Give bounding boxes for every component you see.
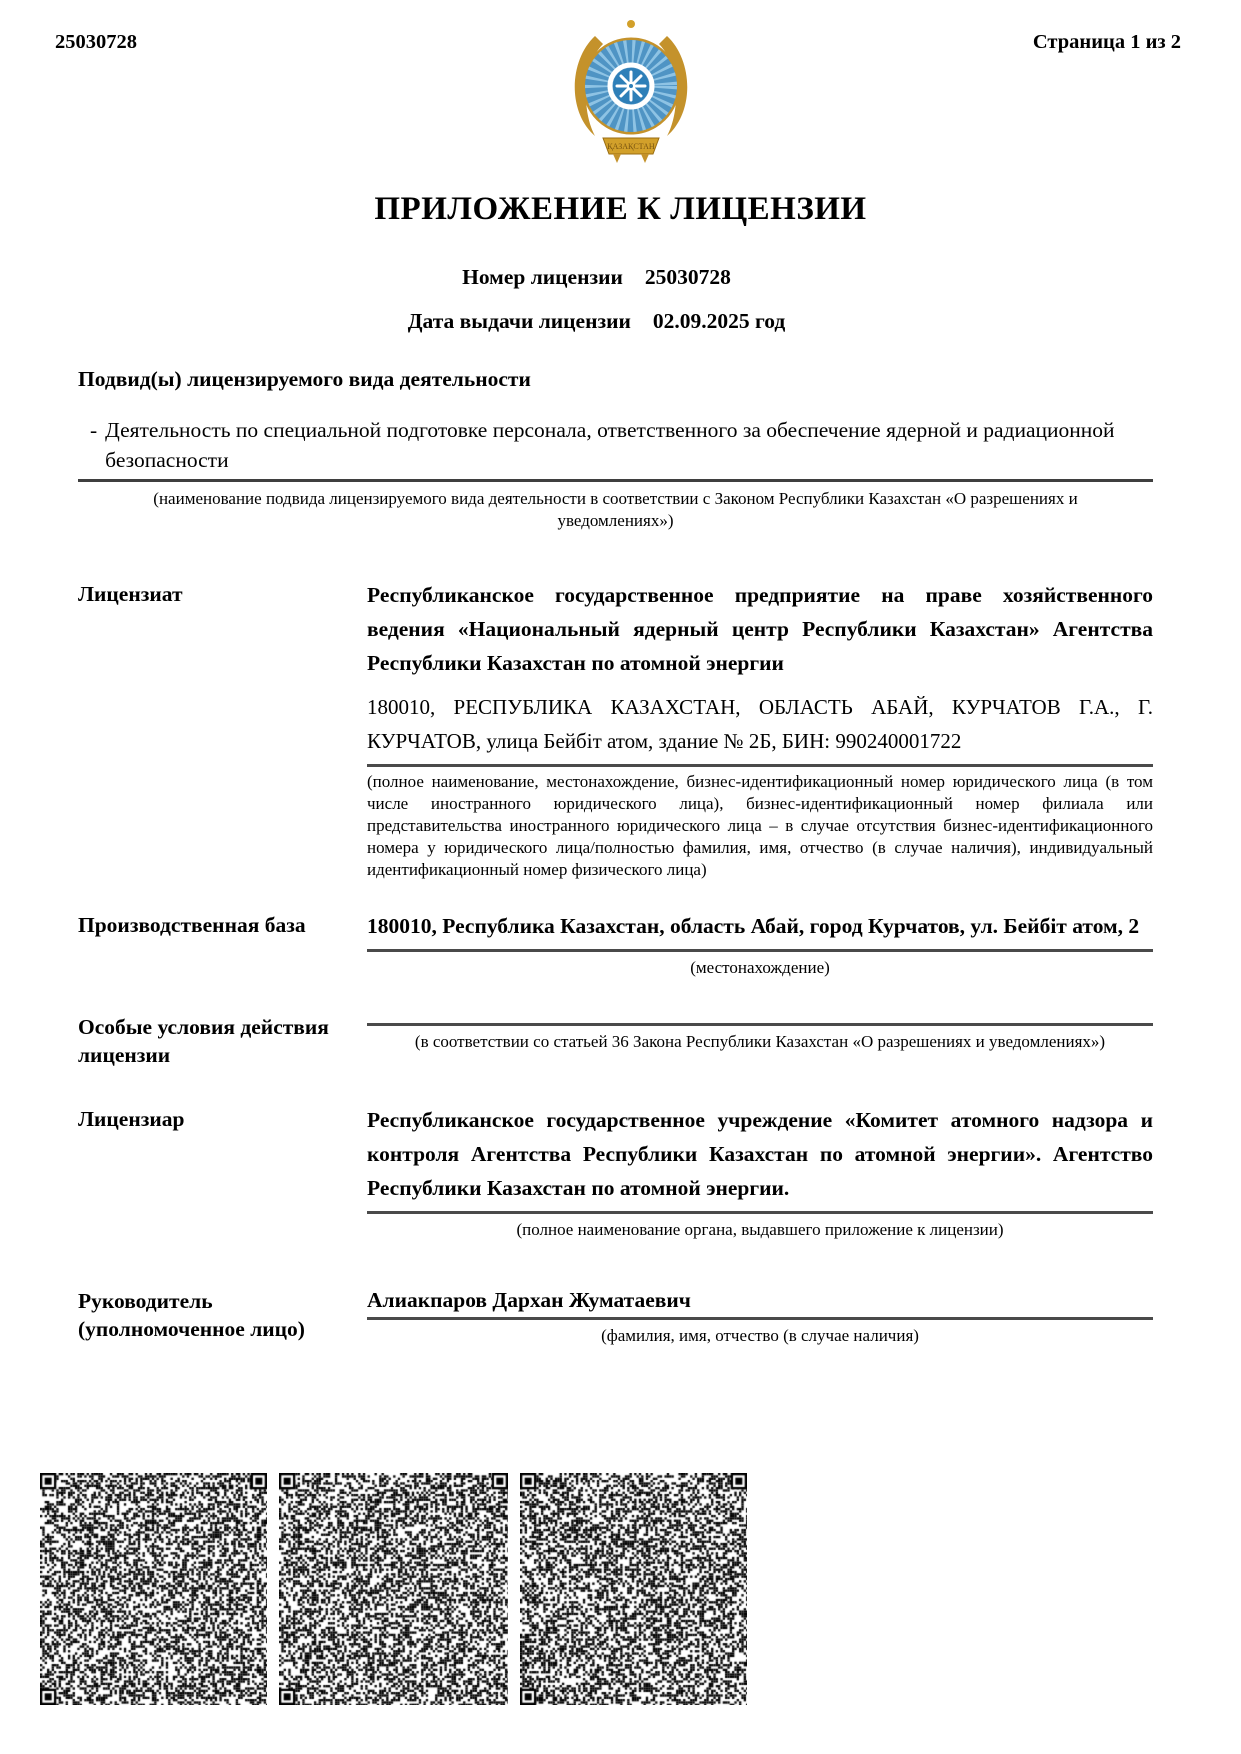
- licensor-underline: [367, 1211, 1153, 1214]
- head-underline: [367, 1317, 1153, 1320]
- head-caption: (фамилия, имя, отчество (в случае наличи…: [367, 1325, 1153, 1347]
- document-title: ПРИЛОЖЕНИЕ К ЛИЦЕНЗИИ: [0, 191, 1241, 228]
- special-conditions-label: Особые условия действия лицензии: [78, 1011, 367, 1069]
- license-date-line: Дата выдачи лицензии 02.09.2025 год: [0, 307, 1217, 335]
- license-appendix-page: 25030728 Страница 1 из 2 ҚАЗАҚСТАН ПРИЛО…: [0, 0, 1241, 1754]
- head-section: Руководитель (уполномоченное лицо) Алиак…: [78, 1285, 1153, 1347]
- page-indicator: Страница 1 из 2: [1033, 30, 1181, 54]
- subtype-heading: Подвид(ы) лицензируемого вида деятельнос…: [78, 367, 1153, 392]
- licensee-address: 180010, РЕСПУБЛИКА КАЗАХСТАН, ОБЛАСТЬ АБ…: [367, 690, 1153, 758]
- special-conditions-caption: (в соответствии со статьей 36 Закона Рес…: [367, 1031, 1153, 1053]
- qr-codes-strip: [40, 1473, 747, 1705]
- production-base-section: Производственная база 180010, Республика…: [78, 909, 1153, 979]
- subtype-underline: [78, 479, 1153, 482]
- subtype-caption: (наименование подвида лицензируемого вид…: [101, 488, 1131, 532]
- license-number-value: 25030728: [645, 263, 731, 291]
- licensor-section: Лицензиар Республиканское государственно…: [78, 1103, 1153, 1241]
- licensor-value: Республиканское государственное учрежден…: [367, 1103, 1153, 1205]
- licensor-caption: (полное наименование органа, выдавшего п…: [367, 1219, 1153, 1241]
- license-number-line: Номер лицензии 25030728: [0, 263, 1217, 291]
- licensee-label: Лицензиат: [78, 578, 367, 608]
- licensor-label: Лицензиар: [78, 1103, 367, 1133]
- qr-code-1: [40, 1473, 267, 1705]
- licensee-caption: (полное наименование, местонахождение, б…: [367, 771, 1153, 881]
- bullet-dash: -: [90, 415, 97, 475]
- qr-code-2: [279, 1473, 508, 1705]
- document-body: Подвид(ы) лицензируемого вида деятельнос…: [78, 367, 1153, 1347]
- head-name: Алиакпаров Дархан Жуматаевич: [367, 1285, 1153, 1315]
- production-base-label: Производственная база: [78, 909, 367, 939]
- head-label: Руководитель (уполномоченное лицо): [78, 1285, 367, 1343]
- subtype-item: - Деятельность по специальной подготовке…: [78, 415, 1130, 475]
- production-base-caption: (местонахождение): [367, 957, 1153, 979]
- licensee-section: Лицензиат Республиканское государственно…: [78, 578, 1153, 881]
- license-date-label: Дата выдачи лицензии: [408, 307, 631, 335]
- document-number-header: 25030728: [55, 30, 137, 54]
- production-base-value: 180010, Республика Казахстан, область Аб…: [367, 909, 1153, 943]
- license-date-value: 02.09.2025 год: [653, 307, 785, 335]
- subtype-item-text: Деятельность по специальной подготовке п…: [105, 415, 1130, 475]
- production-base-underline: [367, 949, 1153, 952]
- special-conditions-section: Особые условия действия лицензии (в соот…: [78, 1011, 1153, 1069]
- licensee-name: Республиканское государственное предприя…: [367, 578, 1153, 680]
- qr-code-3: [520, 1473, 747, 1705]
- license-number-label: Номер лицензии: [462, 263, 623, 291]
- emblem-banner-text: ҚАЗАҚСТАН: [607, 142, 655, 151]
- licensee-underline: [367, 764, 1153, 767]
- kazakhstan-coat-of-arms-icon: ҚАЗАҚСТАН: [561, 14, 701, 166]
- special-conditions-underline: [367, 1023, 1153, 1026]
